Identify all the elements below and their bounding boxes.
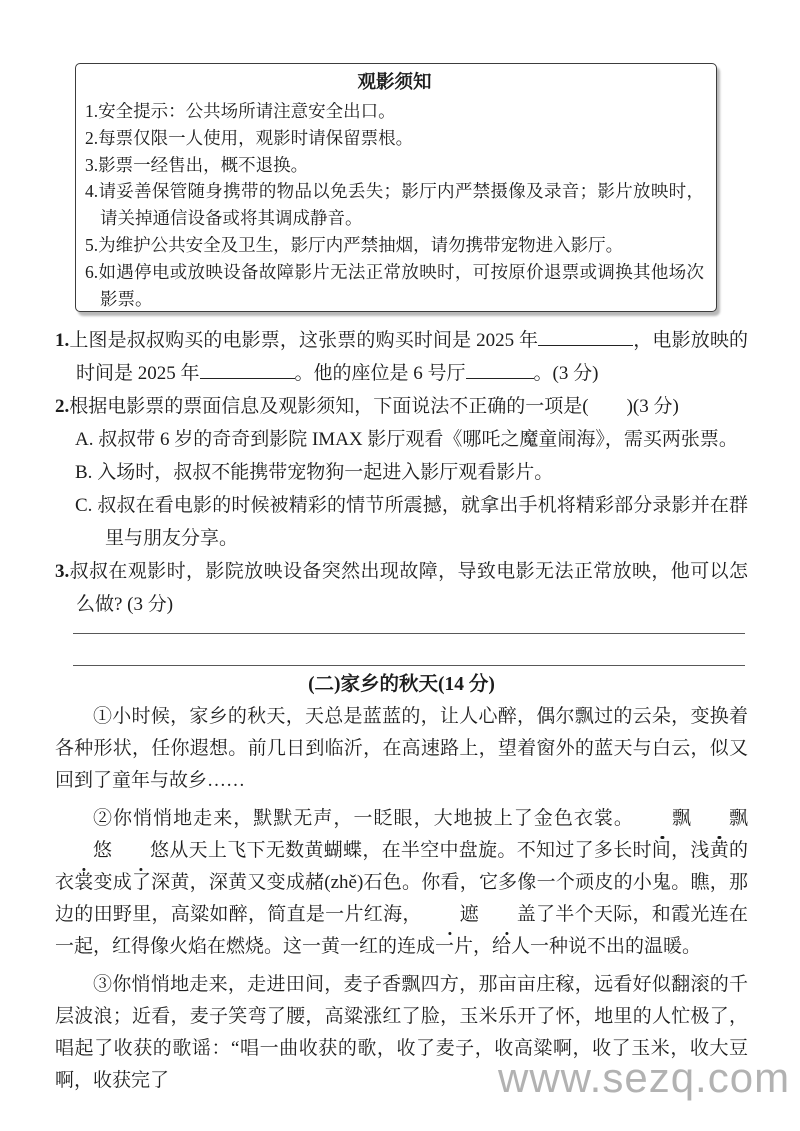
answer-blank — [466, 361, 534, 379]
emphasized-char: 飘 — [634, 803, 691, 835]
question-3-text: 叔叔在观影时，影院放映设备突然出现故障，导致电影无法正常放映，他可以怎么做? (… — [69, 561, 748, 615]
notice-box: 观影须知 1.安全提示：公共场所请注意安全出口。 2.每票仅限一人使用，观影时请… — [75, 63, 717, 312]
question-2-text: 根据电影票的票面信息及观影须知，下面说法不正确的一项是( )(3 分) — [69, 396, 679, 417]
answer-line — [73, 633, 745, 634]
exam-page: 观影须知 1.安全提示：公共场所请注意安全出口。 2.每票仅限一人使用，观影时请… — [0, 0, 800, 1131]
question-3: 3.叔叔在观影时，影院放映设备突然出现故障，导致电影无法正常放映，他可以怎么做?… — [55, 555, 748, 621]
passage-paragraph-2: ②你悄悄地走来，默默无声，一眨眼，大地披上了金色衣裳。飘飘悠悠从天上飞下无数黄蝴… — [55, 803, 748, 963]
notice-item: 1.安全提示：公共场所请注意安全出口。 — [85, 98, 704, 125]
notice-item: 2.每票仅限一人使用，观影时请保留票根。 — [85, 125, 704, 152]
notice-title: 观影须知 — [85, 70, 704, 97]
notice-item: 5.为维护公共安全及卫生，影厅内严禁抽烟，请勿携带宠物进入影厅。 — [85, 232, 704, 259]
option-b-text: 入场时，叔叔不能携带宠物狗一起进入影厅观看影片。 — [97, 462, 553, 483]
site-watermark: www.sezq.com — [498, 1054, 790, 1102]
option-a-label: A. — [75, 429, 93, 450]
option-c-label: C. — [75, 495, 92, 516]
option-c-text: 叔叔在看电影的时候被精彩的情节所震撼，就拿出手机将精彩部分录影并在群里与朋友分享… — [97, 495, 748, 549]
question-3-number: 3. — [55, 561, 69, 582]
emphasized-char: 飘 — [691, 803, 748, 835]
question-2: 2.根据电影票的票面信息及观影须知，下面说法不正确的一项是( )(3 分) — [55, 390, 748, 423]
option-a-text: 叔叔带 6 岁的奇奇到影院 IMAX 影厅观看《哪吒之魔童闹海》，需买两张票。 — [98, 429, 738, 450]
notice-item: 3.影票一经售出，概不退换。 — [85, 152, 704, 179]
emphasized-char: 悠 — [112, 835, 169, 867]
notice-item: 4.请妥善保管随身携带的物品以免丢失；影厅内严禁摄像及录音；影片放映时，请关掉通… — [85, 178, 704, 232]
question-1-number: 1. — [55, 330, 69, 351]
emphasized-char: 悠 — [55, 835, 112, 867]
emphasized-char: 盖 — [479, 899, 536, 931]
answer-blank — [200, 361, 295, 379]
option-a: A. 叔叔带 6 岁的奇奇到影院 IMAX 影厅观看《哪吒之魔童闹海》，需买两张… — [75, 423, 748, 456]
emphasized-char: 遮 — [422, 899, 479, 931]
question-1-text: 。他的座位是 6 号厅 — [295, 363, 466, 384]
notice-list: 1.安全提示：公共场所请注意安全出口。 2.每票仅限一人使用，观影时请保留票根。… — [85, 98, 704, 312]
question-1-text: 上图是叔叔购买的电影票，这张票的购买时间是 2025 年 — [69, 330, 538, 351]
passage-paragraph-1: ①小时候，家乡的秋天，天总是蓝蓝的，让人心醉，偶尔飘过的云朵，变换着各种形状，任… — [55, 701, 748, 797]
question-1: 1.上图是叔叔购买的电影票，这张票的购买时间是 2025 年，电影放映的时间是 … — [55, 324, 748, 390]
option-b: B. 入场时，叔叔不能携带宠物狗一起进入影厅观看影片。 — [75, 456, 748, 489]
question-2-number: 2. — [55, 396, 69, 417]
question-2-options: A. 叔叔带 6 岁的奇奇到影院 IMAX 影厅观看《哪吒之魔童闹海》，需买两张… — [55, 423, 748, 555]
answer-line — [73, 665, 745, 666]
answer-blank — [538, 328, 633, 346]
option-c: C. 叔叔在看电影的时候被精彩的情节所震撼，就拿出手机将精彩部分录影并在群里与朋… — [75, 489, 748, 555]
notice-item: 6.如遇停电或放映设备故障影片无法正常放映时，可按原价退票或调换其他场次影票。 — [85, 259, 704, 313]
question-1-points: 。(3 分) — [534, 363, 599, 384]
option-b-label: B. — [75, 462, 92, 483]
question-area: 1.上图是叔叔购买的电影票，这张票的购买时间是 2025 年，电影放映的时间是 … — [55, 324, 748, 1097]
section-2-heading: (二)家乡的秋天(14 分) — [55, 668, 748, 701]
